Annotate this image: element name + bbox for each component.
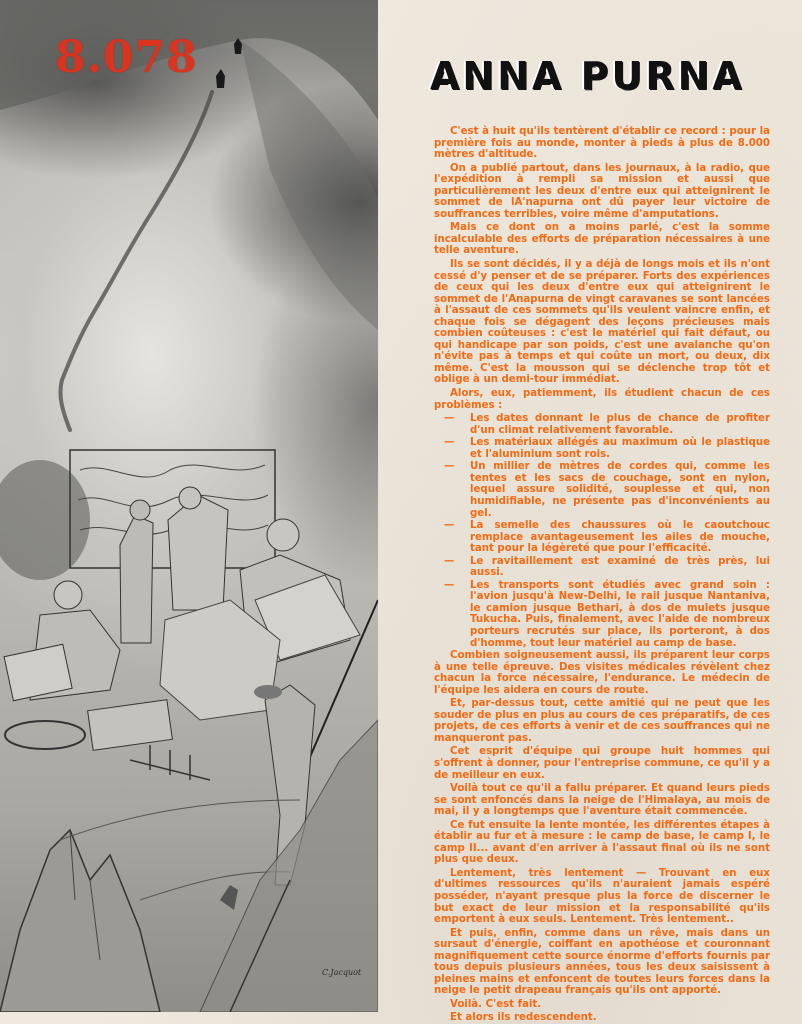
article-paragraph: Cet esprit d'équipe qui groupe huit homm… (434, 746, 770, 781)
article-paragraph: Ce fut ensuite la lente montée, les diff… (434, 820, 770, 866)
article-paragraph: Combien soigneusement aussi, ils prépare… (434, 650, 770, 696)
article-paragraph: Voilà tout ce qu'il a fallu préparer. Et… (434, 783, 770, 818)
list-item: La semelle des chaussures où le caoutcho… (434, 520, 770, 555)
expedition-illustration: 8.078 C.Jacquot (0, 0, 378, 1012)
article-paragraph: Et alors ils redescendent. (434, 1012, 770, 1024)
altitude-label: 8.078 (55, 32, 198, 83)
article-body: C'est à huit qu'ils tentèrent d'établir … (434, 126, 770, 1024)
list-item: Les matériaux allégés au maximum où le p… (434, 437, 770, 460)
list-item: Le ravitaillement est examiné de très pr… (434, 556, 770, 579)
article-paragraph: Et puis, enfin, comme dans un rêve, mais… (434, 928, 770, 997)
article-paragraph: Alors, eux, patiemment, ils étudient cha… (434, 388, 770, 411)
article-paragraph: Ils se sont décidés, il y a déjà de long… (434, 259, 770, 386)
list-item: Les dates donnant le plus de chance de p… (434, 413, 770, 436)
article-intro: C'est à huit qu'ils tentèrent d'établir … (434, 126, 770, 411)
article-outro: Combien soigneusement aussi, ils prépare… (434, 650, 770, 1024)
article-paragraph: On a publié partout, dans les journaux, … (434, 163, 770, 221)
illustration-drawing (0, 0, 378, 1012)
article-title: ANNA PURNA (430, 54, 770, 98)
article-paragraph: Mais ce dont on a moins parlé, c'est la … (434, 222, 770, 257)
preparation-list: Les dates donnant le plus de chance de p… (434, 413, 770, 649)
magazine-page: 8.078 C.Jacquot ANNA PURNA C'est à huit … (0, 0, 802, 1024)
artist-signature: C.Jacquot (322, 968, 361, 977)
article-paragraph: Voilà. C'est fait. (434, 999, 770, 1011)
article-paragraph: C'est à huit qu'ils tentèrent d'établir … (434, 126, 770, 161)
article-paragraph: Et, par-dessus tout, cette amitié qui ne… (434, 698, 770, 744)
list-item: Un millier de mètres de cordes qui, comm… (434, 461, 770, 519)
list-item: Les transports sont étudiés avec grand s… (434, 580, 770, 649)
article-paragraph: Lentement, très lentement — Trouvant en … (434, 868, 770, 926)
